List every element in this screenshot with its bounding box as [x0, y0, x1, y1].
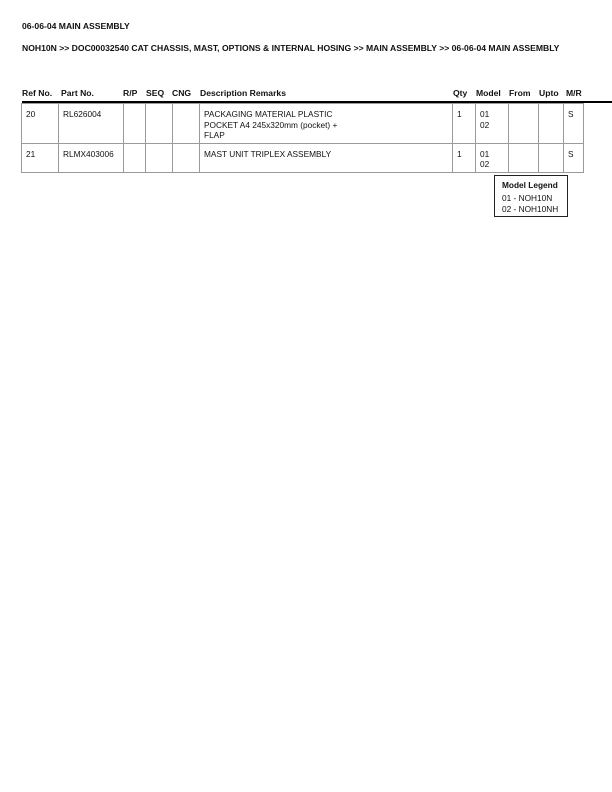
- cell-part-no: RL626004: [59, 104, 124, 144]
- cell-cng: [173, 104, 200, 144]
- cell-mr: S: [564, 104, 584, 144]
- cell-from: [509, 104, 539, 144]
- cell-mr: S: [564, 143, 584, 172]
- cell-part-no: RLMX403006: [59, 143, 124, 172]
- cell-upto: [539, 143, 564, 172]
- header-model: Model: [476, 88, 501, 98]
- model-legend: Model Legend 01 - NOH10N 02 - NOH10NH: [494, 175, 568, 217]
- cell-cng: [173, 143, 200, 172]
- page-title: 06-06-04 MAIN ASSEMBLY: [22, 21, 130, 31]
- cell-seq: [146, 143, 173, 172]
- cell-ref-no: 21: [22, 143, 59, 172]
- cell-model: 0102: [476, 104, 509, 144]
- header-from: From: [509, 88, 530, 98]
- cell-seq: [146, 104, 173, 144]
- legend-item: 02 - NOH10NH: [502, 204, 567, 215]
- legend-title: Model Legend: [502, 180, 567, 190]
- header-mr: M/R: [566, 88, 582, 98]
- cell-ref-no: 20: [22, 104, 59, 144]
- header-rp: R/P: [123, 88, 137, 98]
- header-part-no: Part No.: [61, 88, 94, 98]
- header-divider-mask: [0, 101, 22, 103]
- header-cng: CNG: [172, 88, 191, 98]
- cell-description: PACKAGING MATERIAL PLASTICPOCKET A4 245x…: [200, 104, 453, 144]
- cell-upto: [539, 104, 564, 144]
- parts-table: 20RL626004PACKAGING MATERIAL PLASTICPOCK…: [21, 103, 584, 173]
- breadcrumb: NOH10N >> DOC00032540 CAT CHASSIS, MAST,…: [22, 43, 559, 53]
- cell-qty: 1: [453, 143, 476, 172]
- header-qty: Qty: [453, 88, 467, 98]
- table-row: 20RL626004PACKAGING MATERIAL PLASTICPOCK…: [22, 104, 584, 144]
- cell-rp: [124, 143, 146, 172]
- cell-description: MAST UNIT TRIPLEX ASSEMBLY: [200, 143, 453, 172]
- header-seq: SEQ: [146, 88, 164, 98]
- legend-item: 01 - NOH10N: [502, 193, 567, 204]
- header-description: Description Remarks: [200, 88, 286, 98]
- cell-qty: 1: [453, 104, 476, 144]
- header-upto: Upto: [539, 88, 559, 98]
- cell-from: [509, 143, 539, 172]
- cell-rp: [124, 104, 146, 144]
- header-ref-no: Ref No.: [22, 88, 52, 98]
- table-row: 21RLMX403006MAST UNIT TRIPLEX ASSEMBLY10…: [22, 143, 584, 172]
- cell-model: 0102: [476, 143, 509, 172]
